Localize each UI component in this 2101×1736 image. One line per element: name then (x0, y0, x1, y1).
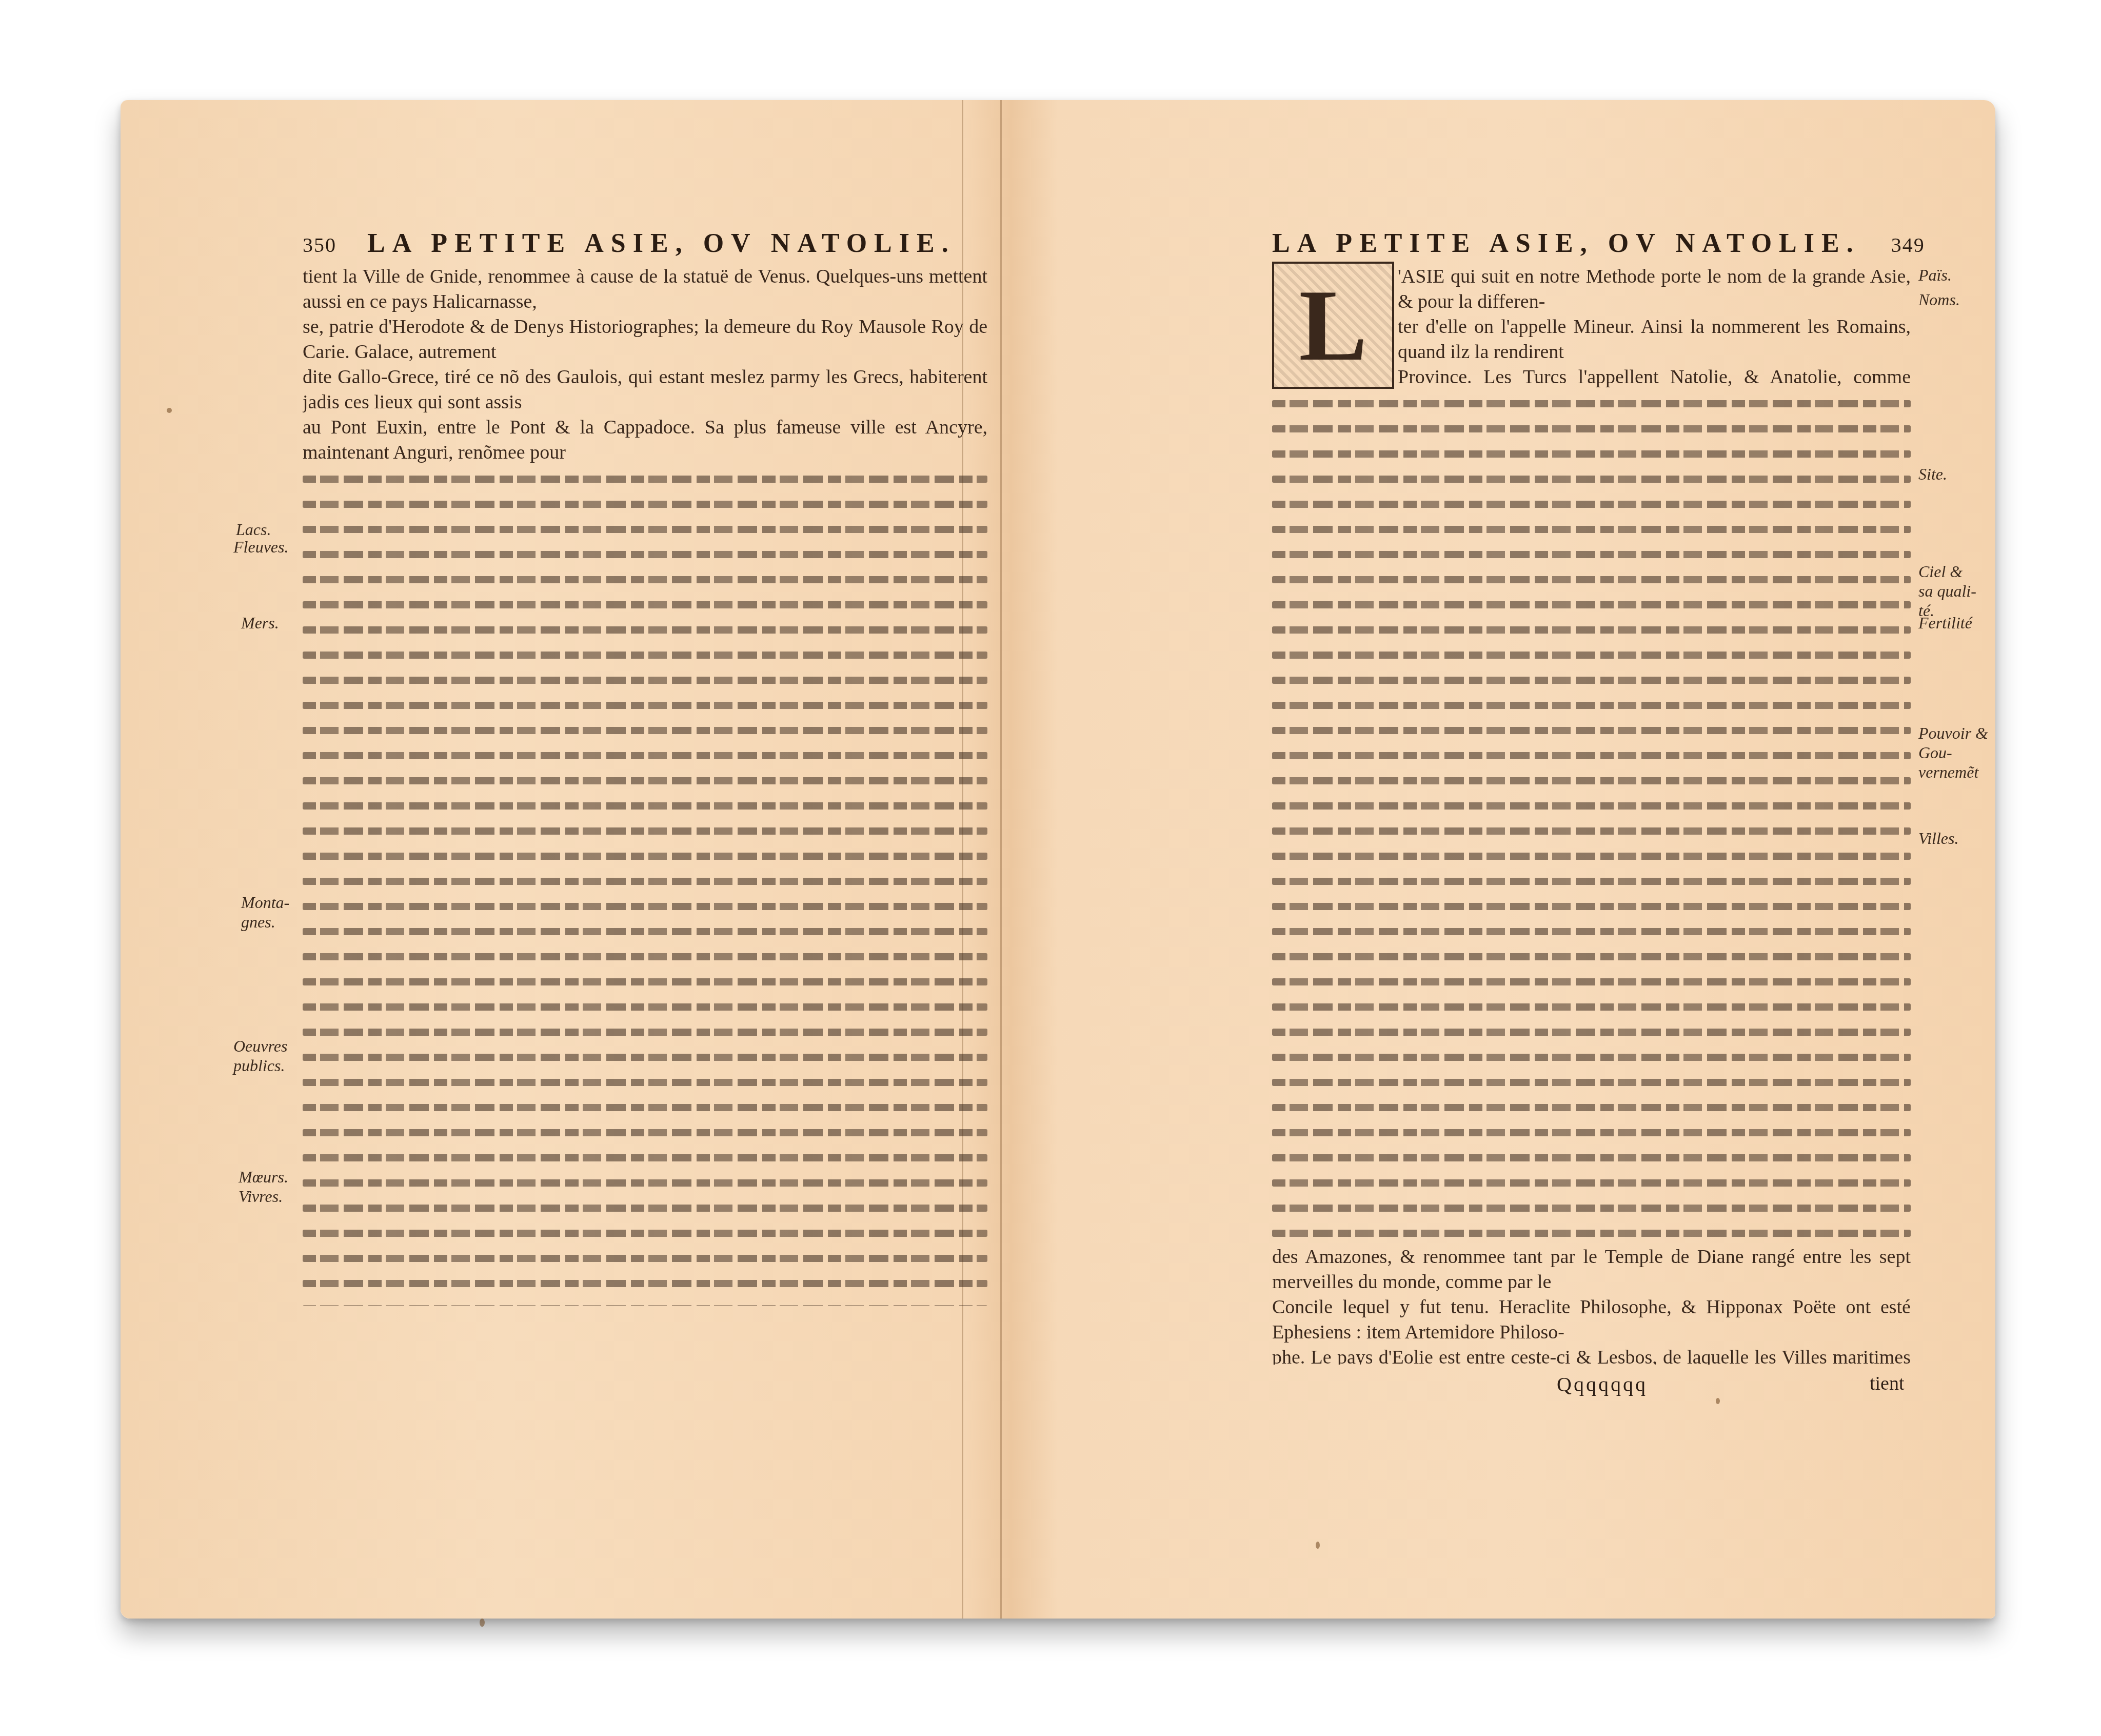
text-line-placeholder (303, 968, 987, 993)
text-line-placeholder (303, 541, 987, 566)
margin-note-oeuvres-publics: Oeuvres publics. (233, 1036, 295, 1075)
text-line-placeholder (1272, 516, 1911, 541)
printer-signature: Qqqqqqq (1557, 1372, 1648, 1396)
text-line-placeholder (1272, 440, 1911, 465)
text-line-placeholder (1272, 817, 1911, 842)
text-line-placeholder (1272, 692, 1911, 717)
margin-note-ciel-qualite: Ciel & sa quali-té. (1918, 562, 1980, 620)
text-line-placeholder (303, 1219, 987, 1245)
text-line-placeholder (1272, 1219, 1911, 1245)
left-page: 350 LA PETITE ASIE, OV NATOLIE. tient la… (121, 100, 993, 1619)
text-line-placeholder (303, 616, 987, 641)
text-line-placeholder (1272, 1043, 1911, 1069)
text-line-placeholder (303, 1270, 987, 1295)
right-line: des Amazones, & renommee tant par le Tem… (1272, 1245, 1911, 1295)
text-line-placeholder (1272, 591, 1911, 616)
text-line-placeholder (303, 1144, 987, 1169)
margin-note-fleuves: Fleuves. (233, 537, 289, 557)
margin-note-villes: Villes. (1918, 828, 1959, 848)
text-line-placeholder (1272, 1169, 1911, 1194)
text-line-placeholder (1272, 566, 1911, 591)
text-line-placeholder (1272, 767, 1911, 792)
text-line-placeholder (1272, 641, 1911, 666)
margin-note-site: Site. (1918, 464, 1947, 484)
text-line-placeholder (1272, 465, 1911, 490)
text-line-placeholder (303, 692, 987, 717)
text-line-placeholder (1272, 792, 1911, 817)
right-body-filler (1272, 390, 1911, 1245)
left-line: se, patrie d'Herodote & de Denys Histori… (303, 314, 987, 365)
text-line-placeholder (1272, 918, 1911, 943)
right-page: LA PETITE ASIE, OV NATOLIE. 349 L 'ASIE … (1003, 100, 1995, 1619)
decorated-initial-l: L (1272, 262, 1394, 389)
margin-note-fertilite: Fertilité (1918, 613, 1972, 633)
text-line-placeholder (303, 591, 987, 616)
text-line-placeholder (1272, 1119, 1911, 1144)
margin-note-montagnes: Monta-gnes. (241, 893, 298, 932)
text-line-placeholder (303, 943, 987, 968)
left-line: tient la Ville de Gnide, renommee à caus… (303, 264, 987, 314)
right-running-head: LA PETITE ASIE, OV NATOLIE. 349 (1272, 228, 1925, 259)
foxing-spot (480, 1619, 485, 1627)
left-line: au Pont Euxin, entre le Pont & la Cappad… (303, 415, 987, 465)
text-line-placeholder (303, 1094, 987, 1119)
right-line: Concile lequel y fut tenu. Heraclite Phi… (1272, 1295, 1911, 1345)
text-line-placeholder (303, 641, 987, 666)
margin-note-moeurs-vivres: Mœurs. Vivres. (239, 1167, 295, 1206)
text-line-placeholder (303, 742, 987, 767)
text-line-placeholder (303, 717, 987, 742)
left-folio: 350 (303, 233, 336, 257)
margin-note-mers: Mers. (241, 613, 279, 633)
left-title: LA PETITE ASIE, OV NATOLIE. (367, 228, 956, 259)
right-line: Province. Les Turcs l'appellent Natolie,… (1398, 365, 1911, 390)
text-line-placeholder (1272, 968, 1911, 993)
margin-note-pouvoir-gouvernement: Pouvoir & Gou-vernemẽt (1918, 723, 1990, 782)
left-line: dite Gallo-Grece, tiré ce nõ des Gaulois… (303, 365, 987, 415)
margin-note-lacs: Lacs. (236, 520, 271, 539)
text-line-placeholder (303, 817, 987, 842)
text-line-placeholder (303, 893, 987, 918)
text-line-placeholder (1272, 1144, 1911, 1169)
text-line-placeholder (1272, 893, 1911, 918)
foxing-spot (1316, 1542, 1320, 1549)
text-line-placeholder (303, 1119, 987, 1144)
margin-note-pais: Païs. (1918, 265, 1952, 285)
margin-note-noms: Noms. (1918, 290, 1960, 309)
text-line-placeholder (1272, 390, 1911, 415)
text-line-placeholder (303, 666, 987, 692)
left-running-head: 350 LA PETITE ASIE, OV NATOLIE. (303, 228, 956, 259)
text-line-placeholder (303, 1018, 987, 1043)
text-line-placeholder (1272, 666, 1911, 692)
left-body-filler (303, 465, 987, 1306)
text-line-placeholder (303, 993, 987, 1018)
text-line-placeholder (1272, 616, 1911, 641)
text-line-placeholder (303, 1245, 987, 1270)
text-line-placeholder (303, 1043, 987, 1069)
text-line-placeholder (1272, 943, 1911, 968)
left-body-text: tient la Ville de Gnide, renommee à caus… (303, 264, 987, 1306)
text-line-placeholder (1272, 717, 1911, 742)
text-line-placeholder (1272, 1094, 1911, 1119)
foxing-spot (1716, 1398, 1720, 1404)
text-line-placeholder (1272, 742, 1911, 767)
center-fold-crease (1000, 100, 1002, 1619)
text-line-placeholder (303, 1069, 987, 1094)
text-line-placeholder (303, 516, 987, 541)
text-line-placeholder (1272, 1194, 1911, 1219)
text-line-placeholder (303, 465, 987, 490)
text-line-placeholder (1272, 1018, 1911, 1043)
text-line-placeholder (1272, 541, 1911, 566)
right-line: 'ASIE qui suit en notre Methode porte le… (1398, 264, 1911, 314)
text-line-placeholder (303, 767, 987, 792)
text-line-placeholder (1272, 867, 1911, 893)
right-title: LA PETITE ASIE, OV NATOLIE. (1272, 228, 1860, 259)
text-line-placeholder (303, 1194, 987, 1219)
text-line-placeholder (303, 566, 987, 591)
text-line-placeholder (303, 867, 987, 893)
text-line-placeholder (303, 490, 987, 516)
catchword: tient (1870, 1372, 1905, 1395)
right-body-text: des Amazones, & renommee tant par le Tem… (1272, 390, 1911, 1365)
text-line-placeholder (1272, 490, 1911, 516)
right-body-text-top: 'ASIE qui suit en notre Methode porte le… (1398, 264, 1911, 390)
text-line-placeholder (1272, 993, 1911, 1018)
text-line-placeholder (303, 1169, 987, 1194)
text-line-placeholder (1272, 842, 1911, 867)
paper-sheet: 350 LA PETITE ASIE, OV NATOLIE. tient la… (121, 100, 1995, 1619)
right-folio: 349 (1891, 233, 1925, 257)
text-line-placeholder (1272, 1069, 1911, 1094)
right-line: ter d'elle on l'appelle Mineur. Ainsi la… (1398, 314, 1911, 365)
text-line-placeholder (303, 918, 987, 943)
foxing-spot (167, 408, 172, 413)
text-line-placeholder (303, 792, 987, 817)
text-line-placeholder (303, 842, 987, 867)
right-line: phe. Le pays d'Eolie est entre ceste-ci … (1272, 1345, 1911, 1365)
text-line-placeholder (1272, 415, 1911, 440)
text-line-placeholder (303, 1295, 987, 1306)
